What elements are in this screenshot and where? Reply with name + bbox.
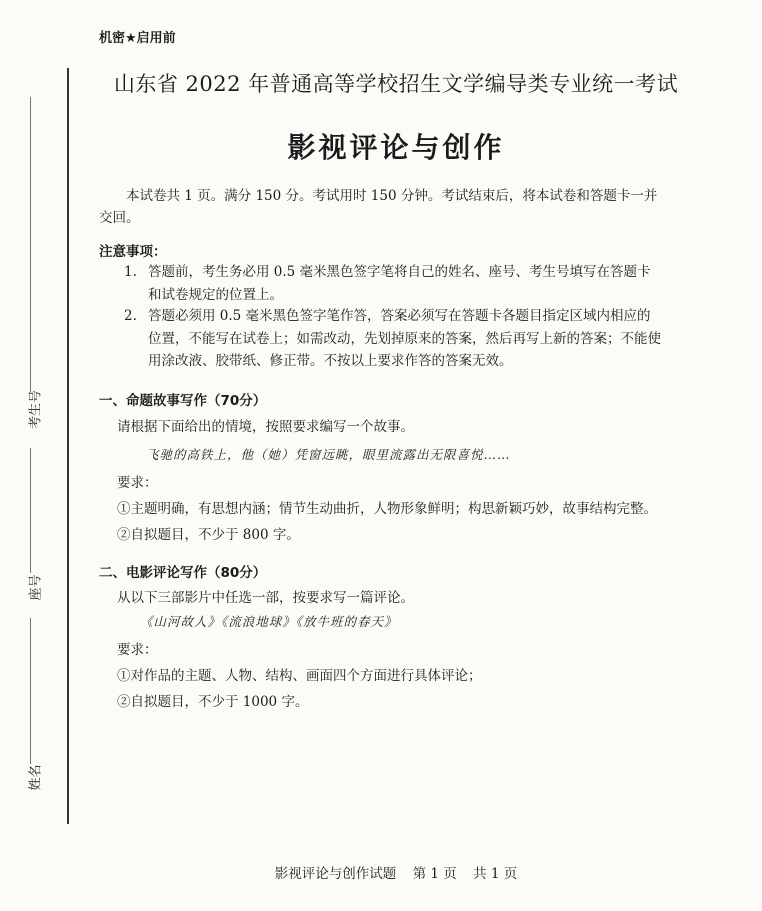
subject-title: 影视评论与创作 <box>0 126 762 166</box>
name-label: 姓名 <box>25 758 44 798</box>
seat-number-line <box>30 448 31 573</box>
requirement-item: ②自拟题目，不少于 1000 字。 <box>117 690 308 710</box>
footer-page: 第 1 页 <box>413 866 457 882</box>
requirement-item: ②自拟题目，不少于 800 字。 <box>117 523 300 543</box>
notice-item: 1. 答题前，考生务必用 0.5 毫米黑色签字笔将自己的姓名、座号、考生号填写在… <box>124 261 664 306</box>
notice-item-text: 答题前，考生务必用 0.5 毫米黑色签字笔将自己的姓名、座号、考生号填写在答题卡… <box>148 264 651 303</box>
notice-heading: 注意事项： <box>99 240 167 260</box>
section-heading: 一、命题故事写作（70分） <box>99 389 266 409</box>
intro-paragraph: 本试卷共 1 页。满分 150 分。考试用时 150 分钟。考试结束后，将本试卷… <box>99 185 664 229</box>
section-instruction: 请根据下面给出的情境，按照要求编写一个故事。 <box>117 415 414 435</box>
page-footer: 影视评论与创作试题 第 1 页 共 1 页 <box>0 862 762 882</box>
name-line <box>30 618 31 764</box>
section-heading: 二、电影评论写作（80分） <box>99 561 266 581</box>
requirements-label: 要求： <box>117 638 158 658</box>
confidential-mark: 机密★启用前 <box>99 27 176 46</box>
section-prompt: 《山河故人》《流浪地球》《放牛班的春天》 <box>140 612 398 630</box>
seat-number-label: 座号 <box>25 568 44 608</box>
footer-title: 影视评论与创作试题 <box>275 866 397 882</box>
section-instruction: 从以下三部影片中任选一部，按要求写一篇评论。 <box>117 586 414 606</box>
requirement-item: ①对作品的主题、人物、结构、画面四个方面进行具体评论； <box>117 664 482 684</box>
requirement-item: ①主题明确，有思想内涵；情节生动曲折，人物形象鲜明；构思新颖巧妙，故事结构完整。 <box>117 497 657 517</box>
notice-item-number: 2. <box>124 305 137 328</box>
notice-item-number: 1. <box>124 261 137 284</box>
requirements-label: 要求： <box>117 471 158 491</box>
notice-item-text: 答题必须用 0.5 毫米黑色签字笔作答，答案必须写在答题卡各题目指定区域内相应的… <box>148 308 661 369</box>
candidate-number-label: 考生号 <box>25 390 44 430</box>
exam-title: 山东省 2022 年普通高等学校招生文学编导类专业统一考试 <box>0 68 762 98</box>
binding-line <box>67 68 69 824</box>
notice-item: 2. 答题必须用 0.5 毫米黑色签字笔作答，答案必须写在答题卡各题目指定区域内… <box>124 305 664 373</box>
footer-total: 共 1 页 <box>473 866 517 882</box>
section-prompt: 飞驰的高铁上，他（她）凭窗远眺，眼里流露出无限喜悦…… <box>146 445 511 463</box>
